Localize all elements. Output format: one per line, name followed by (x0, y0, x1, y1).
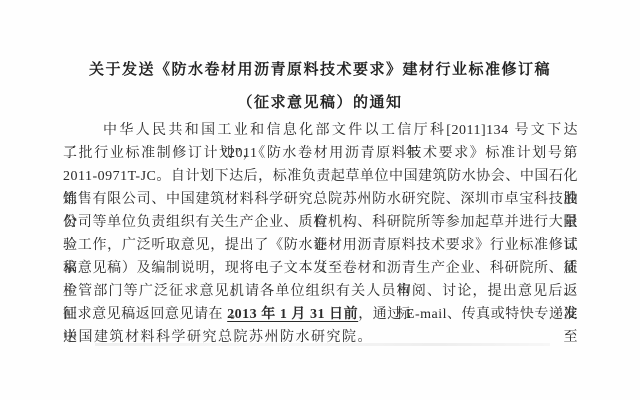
document-title-line1: 关于发送《防水卷材用沥青原料技术要求》建材行业标准修订稿 (0, 0, 640, 80)
body-text-line: 公司等单位负责组织有关生产企业、质检机构、科研院所等参加起草并进行大量验证试 (63, 211, 578, 234)
body-text-line: 二批行业标准制修订计划”，《防水卷材用沥青原料技术要求》标准计划号： (63, 142, 578, 165)
document-page: 关于发送《防水卷材用沥青原料技术要求》建材行业标准修订稿 （征求意见稿）的通知 … (0, 0, 640, 400)
document-title-line2: （征求意见稿）的通知 (0, 93, 640, 113)
body-text-line: 征求意见稿返回意见请在 2013 年 1 月 31 日前，通过 E-mail、传… (63, 303, 578, 326)
body-text-line: 销售有限公司、中国建筑材料科学研究总院苏州防水研究院、深圳市卓宝科技股份有限 (63, 188, 578, 211)
document-body: 中华人民共和国工业和信息化部文件以工信厅科[2011]134 号文下达了“201… (63, 119, 578, 349)
body-text-line: 主管部门等广泛征求意见。请各单位组织有关人员审阅、讨论，提出意见后返回。标准 (63, 280, 578, 303)
scan-artifact (95, 343, 550, 346)
body-text-line: 中华人民共和国工业和信息化部文件以工信厅科[2011]134 号文下达了“201… (63, 119, 578, 142)
body-text-line: 求意见稿）及编制说明，现将电子文本发至卷材和沥青生产企业、科研院所、质检机构、 (63, 257, 578, 280)
body-text-line: 2011-0971T-JC。自计划下达后，标准负责起草单位中国建筑防水协会、中国… (63, 165, 578, 188)
body-text-segment: 二批行业标准制修订计划”，《防水卷材用沥青原料技术要求》标准计划号： (63, 146, 578, 161)
body-text-line: 验工作，广泛听取意见，提出了《防水卷材用沥青原料技术要求》行业标准修订稿（征 (63, 234, 578, 257)
body-text-segment: 征求意见稿返回意见请在 (63, 307, 227, 322)
body-text-segment: 2013 年 1 月 31 日前 (227, 307, 358, 322)
